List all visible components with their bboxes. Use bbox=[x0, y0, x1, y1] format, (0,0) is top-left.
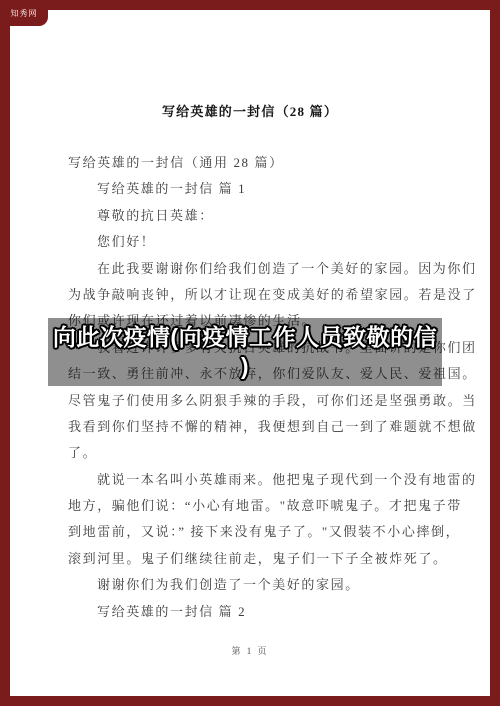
doc-line: 就说一本名叫小英雄雨来。他把鬼子现代到一个没有地雷的 bbox=[68, 467, 464, 493]
doc-line: 尽管鬼子们使用多么阴狠手辣的手段，可你们还是坚强勇敢。当 bbox=[68, 388, 464, 414]
doc-line: 尊敬的抗日英雄： bbox=[68, 203, 464, 229]
doc-line: 写给英雄的一封信（通用 28 篇） bbox=[68, 150, 464, 176]
doc-line: 您们好！ bbox=[68, 229, 464, 255]
doc-line: 到地雷前，又说：” 接下来没有鬼子了。"又假装不小心摔倒， bbox=[68, 519, 464, 545]
doc-line: 为战争敲响丧钟，所以才让现在变成美好的希望家园。若是没了 bbox=[68, 282, 464, 308]
doc-line: 了。 bbox=[68, 440, 464, 466]
watermark-overlay: 向此次疫情(向疫情工作人员致敬的信 ) bbox=[48, 318, 442, 386]
document-title: 写给英雄的一封信（28 篇） bbox=[0, 101, 500, 120]
watermark-text-line1: 向此次疫情(向疫情工作人员致敬的信 bbox=[53, 323, 437, 352]
doc-line: 我看到你们坚持不懈的精神，我便想到自己一到了难题就不想做 bbox=[68, 414, 464, 440]
document-body: 写给英雄的一封信（通用 28 篇） 写给英雄的一封信 篇 1 尊敬的抗日英雄： … bbox=[68, 150, 464, 625]
doc-line: 地方，骗他们说：“小心有地雷。"故意吓唬鬼子。才把鬼子带 bbox=[68, 493, 464, 519]
page-number: 第 1 页 bbox=[0, 644, 500, 657]
doc-line: 滚到河里。鬼子们继续往前走，鬼子们一下子全被炸死了。 bbox=[68, 546, 464, 572]
doc-line: 写给英雄的一封信 篇 1 bbox=[68, 176, 464, 202]
doc-line: 在此我要谢谢你们给我们创造了一个美好的家园。因为你们 bbox=[68, 256, 464, 282]
doc-line: 写给英雄的一封信 篇 2 bbox=[68, 599, 464, 625]
document-page: 写给英雄的一封信（28 篇） 写给英雄的一封信（通用 28 篇） 写给英雄的一封… bbox=[0, 0, 500, 706]
doc-line: 谢谢你们为我们创造了一个美好的家园。 bbox=[68, 572, 464, 598]
site-badge: 知秀网 bbox=[0, 0, 48, 26]
watermark-text-line2: ) bbox=[241, 352, 249, 381]
